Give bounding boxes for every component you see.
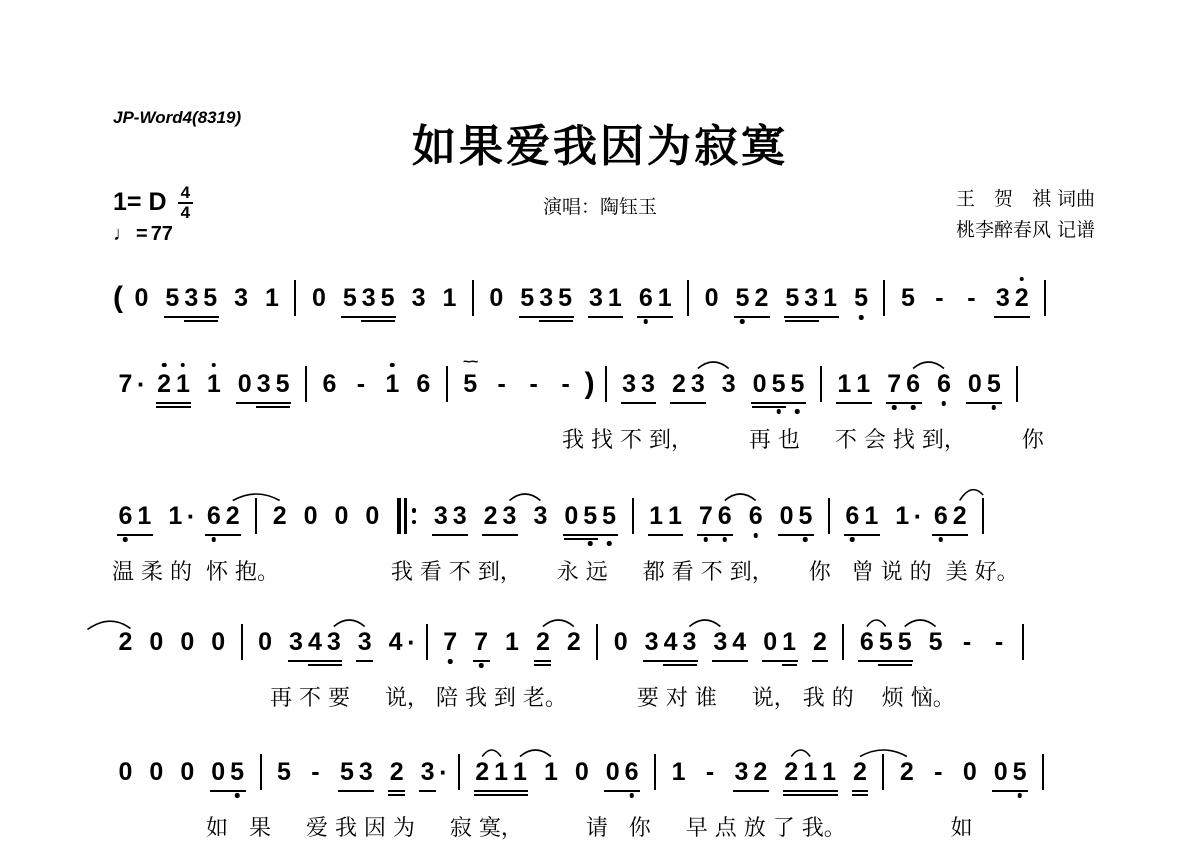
note-digit: 1: [204, 372, 223, 397]
octave-dot-high: [162, 363, 167, 368]
note-group: 1: [440, 286, 459, 311]
note-group: 531: [783, 286, 840, 311]
note-group: 343: [287, 630, 344, 655]
beam-line: [844, 534, 880, 536]
beam-line: [356, 660, 373, 662]
beam-line: [783, 794, 838, 796]
note-group: 1: [503, 630, 522, 655]
barline: [842, 624, 844, 660]
duration-dash: -: [926, 760, 950, 785]
note-group: 21: [155, 372, 193, 397]
beam-line: [563, 534, 618, 536]
note-group: 5: [852, 286, 871, 311]
repeat-thin-bar: [404, 498, 407, 534]
note-group: 32: [732, 760, 770, 785]
note-digit: 5: [275, 760, 294, 785]
note-digit: 5: [898, 286, 917, 311]
note-group: 3: [409, 286, 428, 311]
note-digit: 5: [895, 630, 914, 655]
note-digit: 0: [301, 504, 320, 529]
note-digit: 3: [642, 630, 661, 655]
note-digit: 6: [857, 630, 876, 655]
note-digit: 6: [414, 372, 433, 397]
note-digit: 6: [116, 504, 135, 529]
note-digit: 1: [665, 504, 684, 529]
barline: [255, 498, 257, 534]
barline: [1016, 366, 1018, 402]
beam-line: [762, 660, 798, 662]
duration-dash: -: [955, 630, 979, 655]
octave-dot-low: [911, 405, 916, 410]
note-digit: 1: [893, 504, 912, 529]
octave-dot-low: [803, 537, 808, 542]
note-digit: 5: [733, 286, 752, 311]
note-digit: 0: [777, 504, 796, 529]
note-digit: 0: [487, 286, 506, 311]
note-digit: 3: [232, 286, 251, 311]
note-digit: 6: [935, 372, 954, 397]
note-group: 11: [647, 504, 685, 529]
lyrics-line: 温 柔 的 怀 抱。 我 看 不 到， 永 远 都 看 不 到， 你 曾 说 的…: [110, 555, 1145, 586]
note-group: 1: [893, 504, 912, 529]
note-digit: 2: [481, 504, 500, 529]
note-group: 32: [993, 286, 1031, 311]
beam-line: [164, 316, 219, 318]
lyrics-line: 如 果 爱 我 因 为 寂 寞， 请 你 早 点 放 了 我。 如: [110, 811, 1145, 842]
beam-line: [117, 534, 153, 536]
note-digit: 1: [166, 504, 185, 529]
beam-line: [419, 790, 436, 792]
note-digit: 5: [984, 372, 1003, 397]
note-group: 0: [178, 760, 197, 785]
beam-line: [697, 534, 733, 536]
note-digit: 3: [409, 286, 428, 311]
note-group: 535: [518, 286, 575, 311]
note-group: 1: [166, 504, 185, 529]
note-group: 6: [935, 372, 954, 397]
beam-line: [338, 790, 374, 792]
note-group: 2: [533, 630, 552, 655]
repeat-dot: [412, 520, 417, 525]
duration-dash: -: [554, 372, 578, 397]
note-digit: 4: [661, 630, 680, 655]
note-group: 53: [337, 760, 375, 785]
beam-line: [210, 790, 246, 792]
barline: [1022, 624, 1024, 660]
note-digit: 3: [802, 286, 821, 311]
note-digit: 3: [500, 504, 519, 529]
note-digit: 0: [147, 760, 166, 785]
beam-line: [474, 794, 529, 796]
note-digit: 3: [450, 504, 469, 529]
octave-dot-low: [740, 319, 745, 324]
note-digit: 0: [178, 630, 197, 655]
note-group: 23: [481, 504, 519, 529]
note-digit: 0: [991, 760, 1010, 785]
note-group: 52: [733, 286, 771, 311]
note-digit: 1: [503, 630, 522, 655]
note-digit: 0: [332, 504, 351, 529]
note-digit: 2: [851, 760, 870, 785]
note-digit: 7: [116, 372, 135, 397]
note-digit: 6: [715, 504, 734, 529]
note-digit: 2: [950, 504, 969, 529]
note-digit: 5: [556, 286, 575, 311]
note-group: 1: [204, 372, 223, 397]
octave-dot-low: [704, 537, 709, 542]
note-group: 1: [541, 760, 560, 785]
note-digit: 0: [572, 760, 591, 785]
octave-dot-low: [939, 537, 944, 542]
note-digit: 1: [541, 760, 560, 785]
note-digit: 5: [518, 286, 537, 311]
note-digit: 5~~: [461, 372, 480, 397]
note-digit: 1: [835, 372, 854, 397]
note-digit: 2: [533, 630, 552, 655]
note-digit: 5: [337, 760, 356, 785]
note-digit: 0: [960, 760, 979, 785]
note-group: 76: [885, 372, 923, 397]
note-digit: 3: [719, 372, 738, 397]
note-group: 0: [572, 760, 591, 785]
note-group: 06: [603, 760, 641, 785]
note-digit: 2: [387, 760, 406, 785]
notation-line: 7·2110356-165~~---)332330551176605: [110, 348, 1145, 418]
note-digit: 5: [600, 504, 619, 529]
beam-line: [308, 664, 342, 666]
note-digit: 1: [655, 286, 674, 311]
note-group: 2: [116, 630, 135, 655]
barline: [828, 498, 830, 534]
beam-line: [712, 660, 748, 662]
octave-dot-low: [776, 409, 781, 414]
beam-line: [482, 534, 518, 536]
beam-line: [604, 790, 640, 792]
note-group: 61: [116, 504, 154, 529]
note-group: 5: [926, 630, 945, 655]
phrase-paren-close: ): [585, 369, 595, 399]
note-digit: 2: [897, 760, 916, 785]
note-group: 6: [414, 372, 433, 397]
note-digit: 3: [356, 760, 375, 785]
note-digit: 0: [178, 760, 197, 785]
note-digit: 5: [783, 286, 802, 311]
note-group: 0: [116, 760, 135, 785]
note-group: 0: [301, 504, 320, 529]
note-digit: 2: [782, 760, 801, 785]
octave-dot-low: [892, 405, 897, 410]
note-digit: 5: [163, 286, 182, 311]
note-digit: 2: [1012, 286, 1031, 311]
note-group: 4: [386, 630, 405, 655]
barline: [458, 754, 460, 790]
note-group: 0: [332, 504, 351, 529]
note-digit: 1: [780, 630, 799, 655]
beam-line: [734, 316, 770, 318]
note-digit: 2: [564, 630, 583, 655]
note-digit: 5: [876, 630, 895, 655]
beam-line: [361, 320, 395, 322]
barline: [305, 366, 307, 402]
augmentation-dot: ·: [914, 503, 923, 529]
note-group: 211: [782, 760, 839, 785]
note-group: 055: [562, 504, 619, 529]
duration-dash: -: [522, 372, 546, 397]
barline: [426, 624, 428, 660]
note-digit: 0: [147, 630, 166, 655]
note-digit: 5: [340, 286, 359, 311]
note-digit: 5: [926, 630, 945, 655]
note-group: 31: [587, 286, 625, 311]
note-digit: 5: [378, 286, 397, 311]
note-digit: 3: [182, 286, 201, 311]
note-digit: 5: [796, 504, 815, 529]
note-group: 535: [163, 286, 220, 311]
note-group: 76: [696, 504, 734, 529]
note-group: 2: [564, 630, 583, 655]
sheet-music-page: JP-Word4(8319) 如果爱我因为寂寞 1= D 4 4 ♩=77 演唱…: [0, 0, 1200, 850]
note-digit: 6: [636, 286, 655, 311]
note-group: 6: [320, 372, 339, 397]
beam-line: [432, 534, 468, 536]
barline: [632, 498, 634, 534]
note-digit: 2: [473, 760, 492, 785]
barline: [982, 498, 984, 534]
beam-line: [534, 660, 551, 662]
note-digit: 3: [732, 760, 751, 785]
note-group: 343: [642, 630, 699, 655]
beam-line: [643, 660, 698, 662]
barline: [472, 280, 474, 316]
duration-dash: -: [959, 286, 983, 311]
beam-line: [519, 316, 574, 318]
barline: [1042, 754, 1044, 790]
note-digit: 5: [1010, 760, 1029, 785]
repeat-colon-dots: [412, 508, 417, 524]
note-digit: 0: [611, 630, 630, 655]
notation-line: 611·622000332330551176605611·62: [110, 480, 1145, 550]
augmentation-dot: ·: [439, 759, 448, 785]
note-digit: 3: [639, 372, 658, 397]
octave-dot-low: [859, 315, 864, 320]
barline: [596, 624, 598, 660]
note-digit: 0: [309, 286, 328, 311]
octave-dot-high: [1019, 277, 1024, 282]
octave-dot-low: [753, 533, 758, 538]
note-group: 2: [811, 630, 830, 655]
note-digit: 3: [359, 286, 378, 311]
music-system: 7·2110356-165~~---)332330551176605我 找 不 …: [110, 348, 1145, 454]
note-digit: 3: [418, 760, 437, 785]
note-group: 2: [851, 760, 870, 785]
note-group: 05: [965, 372, 1003, 397]
note-digit: 1: [492, 760, 511, 785]
beam-line: [663, 664, 697, 666]
music-system: 611·622000332330551176605611·62温 柔 的 怀 抱…: [110, 480, 1145, 586]
augmentation-dot: ·: [407, 629, 416, 655]
octave-dot-low: [629, 793, 634, 798]
note-digit: 0: [562, 504, 581, 529]
note-digit: 4: [730, 630, 749, 655]
note-digit: 0: [750, 372, 769, 397]
beam-line: [733, 790, 769, 792]
note-digit: 6: [746, 504, 765, 529]
note-digit: 5: [788, 372, 807, 397]
beam-line: [858, 660, 913, 662]
note-digit: 1: [647, 504, 666, 529]
beam-line: [751, 402, 806, 404]
beam-line: [184, 320, 218, 322]
note-group: 05: [777, 504, 815, 529]
note-digit: 3: [680, 630, 699, 655]
note-group: 01: [761, 630, 799, 655]
note-digit: 3: [537, 286, 556, 311]
note-group: 0: [147, 630, 166, 655]
beam-line: [648, 534, 684, 536]
music-system: 2000034334·771220343340126555--再 不 要 说， …: [110, 606, 1145, 712]
note-digit: 1: [383, 372, 402, 397]
note-digit: 3: [324, 630, 343, 655]
beam-line: [564, 538, 598, 540]
note-digit: 1: [854, 372, 873, 397]
note-digit: 4: [386, 630, 405, 655]
note-digit: 2: [155, 372, 174, 397]
octave-dot-low: [212, 537, 217, 542]
note-group: 33: [620, 372, 658, 397]
note-digit: 0: [363, 504, 382, 529]
note-digit: 5: [581, 504, 600, 529]
note-group: 3: [232, 286, 251, 311]
beam-line: [474, 790, 529, 792]
note-group: 7: [441, 630, 460, 655]
note-digit: 0: [235, 372, 254, 397]
beam-line: [812, 660, 829, 662]
note-digit: 1: [669, 760, 688, 785]
beam-line: [778, 534, 814, 536]
octave-dot-low: [942, 401, 947, 406]
note-digit: 4: [305, 630, 324, 655]
note-digit: 7: [441, 630, 460, 655]
note-digit: 0: [116, 760, 135, 785]
note-digit: 5: [273, 372, 292, 397]
beam-line: [852, 794, 869, 796]
notation-line: (0535310535310535316105253155--32: [110, 262, 1145, 332]
beam-line: [783, 790, 838, 792]
notation-line: 000055-5323·21110061-3221122-005: [110, 736, 1145, 806]
barline: [294, 280, 296, 316]
note-group: 3: [531, 504, 550, 529]
note-group: 3: [355, 630, 374, 655]
octave-dot-low: [1017, 793, 1022, 798]
barline: [654, 754, 656, 790]
note-group: 0: [363, 504, 382, 529]
note-digit: 1: [263, 286, 282, 311]
repeat-dot: [412, 508, 417, 513]
music-system: 000055-5323·21110061-3221122-005如 果 爱 我 …: [110, 736, 1145, 842]
note-group: 1: [263, 286, 282, 311]
barline: [883, 280, 885, 316]
beam-line: [932, 534, 968, 536]
note-group: 0: [209, 630, 228, 655]
octave-dot-low: [795, 409, 800, 414]
note-digit: 2: [752, 286, 771, 311]
note-digit: 1: [511, 760, 530, 785]
beam-line: [473, 660, 490, 662]
note-digit: 7: [696, 504, 715, 529]
note-digit: 3: [431, 504, 450, 529]
note-digit: 7: [885, 372, 904, 397]
note-digit: 5: [852, 286, 871, 311]
note-digit: 0: [965, 372, 984, 397]
duration-dash: -: [927, 286, 951, 311]
note-group: 211: [473, 760, 530, 785]
note-digit: 6: [904, 372, 923, 397]
note-group: 0: [611, 630, 630, 655]
lyrics-line: 我 找 不 到， 再 也 不 会 找 到， 你: [110, 423, 1145, 454]
note-group: 62: [204, 504, 242, 529]
beam-line: [388, 794, 405, 796]
note-group: 0: [309, 286, 328, 311]
barline: [687, 280, 689, 316]
note-group: 0: [487, 286, 506, 311]
beam-line: [588, 316, 624, 318]
note-digit: 2: [669, 372, 688, 397]
beam-line: [539, 320, 573, 322]
duration-dash: -: [349, 372, 373, 397]
barline: [882, 754, 884, 790]
beam-line: [966, 402, 1002, 404]
augmentation-dot: ·: [187, 503, 196, 529]
repeat-open-sign: [397, 498, 417, 534]
octave-dot-low: [992, 405, 997, 410]
barline: [1044, 280, 1046, 316]
note-digit: 3: [355, 630, 374, 655]
barline: [241, 624, 243, 660]
beam-line: [852, 790, 869, 792]
note-group: 34: [711, 630, 749, 655]
octave-dot-low: [123, 537, 128, 542]
note-digit: 5: [201, 286, 220, 311]
note-digit: 1: [173, 372, 192, 397]
note-group: 1: [669, 760, 688, 785]
beam-line: [156, 402, 192, 404]
beam-line: [288, 660, 343, 662]
note-digit: 7: [472, 630, 491, 655]
note-group: 1: [383, 372, 402, 397]
note-group: 2: [897, 760, 916, 785]
barline: [446, 366, 448, 402]
beam-line: [205, 534, 241, 536]
beam-line: [752, 406, 786, 408]
beam-line: [236, 402, 291, 404]
note-digit: 0: [132, 286, 151, 311]
note-digit: 0: [209, 630, 228, 655]
duration-dash: -: [303, 760, 327, 785]
note-group: 655: [857, 630, 914, 655]
octave-dot-low: [479, 663, 484, 668]
note-group: 5: [898, 286, 917, 311]
note-group: 7: [116, 372, 135, 397]
beam-line: [836, 402, 872, 404]
beam-line: [637, 316, 673, 318]
note-digit: 3: [620, 372, 639, 397]
note-digit: 2: [270, 504, 289, 529]
octave-dot-low: [588, 541, 593, 546]
note-group: 61: [843, 504, 881, 529]
note-digit: 6: [204, 504, 223, 529]
beam-line: [670, 402, 706, 404]
octave-dot-low: [723, 537, 728, 542]
